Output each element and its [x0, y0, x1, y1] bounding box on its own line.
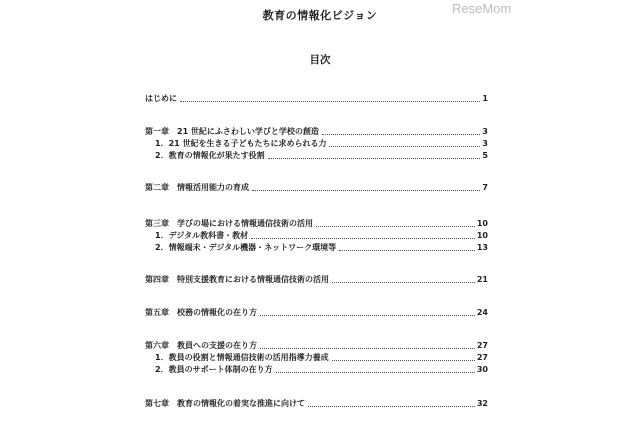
dot-leader — [316, 225, 475, 227]
toc-entry-chapter-6-section-2: 2．教員のサポート体制の在り方 30 — [155, 363, 488, 375]
toc-entry-chapter-1-section-1: 1．21 世紀を生きる子どもたちに求められる力 3 — [155, 137, 488, 149]
toc-entry-chapter-1-section-2: 2．教育の情報化が果たす役割 5 — [155, 149, 488, 161]
toc-entry-label: 第五章 校務の情報化の在り方 — [145, 308, 257, 318]
dot-leader — [332, 281, 475, 283]
toc-entry-introduction: はじめに 1 — [145, 92, 488, 104]
dot-leader — [180, 100, 480, 102]
toc-entry-label: 第四章 特別支援教育における情報通信技術の活用 — [145, 275, 329, 285]
dot-leader — [252, 189, 480, 191]
toc-entry-page: 24 — [477, 308, 488, 318]
dot-leader — [276, 371, 475, 373]
toc-entry-label: 第六章 教員への支援の在り方 — [145, 341, 257, 351]
toc-entry-chapter-6-section-1: 1．教員の役割と情報通信技術の活用指導力養成 27 — [155, 351, 488, 363]
toc-entry-chapter-4: 第四章 特別支援教育における情報通信技術の活用 21 — [145, 273, 488, 285]
toc-entry-label: 1．21 世紀を生きる子どもたちに求められる力 — [155, 139, 326, 149]
toc-entry-page: 1 — [482, 94, 488, 104]
dot-leader — [308, 405, 475, 407]
toc-entry-page: 13 — [477, 243, 488, 253]
toc-entry-page: 3 — [482, 139, 488, 149]
dot-leader — [329, 145, 480, 147]
toc-entry-chapter-2: 第二章 情報活用能力の育成 7 — [145, 181, 488, 193]
toc-entry-chapter-6: 第六章 教員への支援の在り方 27 — [145, 339, 488, 351]
dot-leader — [322, 133, 481, 135]
dot-leader — [332, 359, 475, 361]
toc-entry-chapter-7: 第七章 教育の情報化の着実な推進に向けて 32 — [145, 397, 488, 409]
toc-entry-page: 27 — [477, 341, 488, 351]
dot-leader — [339, 249, 475, 251]
toc-entry-label: 2．情報端末・デジタル機器・ネットワーク環境等 — [155, 243, 336, 253]
toc-entry-page: 32 — [477, 399, 488, 409]
toc-entry-chapter-1: 第一章 21 世紀にふさわしい学びと学校の創造 3 — [145, 125, 488, 137]
dot-leader — [268, 157, 481, 159]
watermark-logo: ReseMom — [452, 1, 511, 16]
toc-entry-label: 1．教員の役割と情報通信技術の活用指導力養成 — [155, 353, 329, 363]
toc-entry-page: 5 — [482, 151, 488, 161]
toc-entry-page: 10 — [477, 231, 488, 241]
toc-entry-label: はじめに — [145, 94, 177, 104]
toc-entry-label: 2．教育の情報化が果たす役割 — [155, 151, 265, 161]
dot-leader — [260, 314, 475, 316]
toc-entry-label: 2．教員のサポート体制の在り方 — [155, 365, 273, 375]
dot-leader — [260, 347, 475, 349]
toc-entry-label: 第一章 21 世紀にふさわしい学びと学校の創造 — [145, 127, 319, 137]
toc-entry-chapter-3-section-2: 2．情報端末・デジタル機器・ネットワーク環境等 13 — [155, 241, 488, 253]
toc-entry-chapter-5: 第五章 校務の情報化の在り方 24 — [145, 306, 488, 318]
toc-entry-label: 1．デジタル教科書・教材 — [155, 231, 248, 241]
toc-entry-page: 21 — [477, 275, 488, 285]
dot-leader — [251, 237, 475, 239]
toc-entry-chapter-3-section-1: 1．デジタル教科書・教材 10 — [155, 229, 488, 241]
toc-entry-page: 10 — [477, 219, 488, 229]
document-title: 教育の情報化ビジョン — [0, 7, 640, 23]
toc-entry-label: 第二章 情報活用能力の育成 — [145, 183, 249, 193]
toc-entry-page: 27 — [477, 353, 488, 363]
toc-entry-page: 30 — [477, 365, 488, 375]
toc-entry-label: 第七章 教育の情報化の着実な推進に向けて — [145, 399, 305, 409]
toc-entry-chapter-3: 第三章 学びの場における情報通信技術の活用 10 — [145, 217, 488, 229]
toc-entry-label: 第三章 学びの場における情報通信技術の活用 — [145, 219, 313, 229]
toc-entry-page: 7 — [482, 183, 488, 193]
toc-heading: 目次 — [0, 52, 640, 67]
toc-entry-page: 3 — [482, 127, 488, 137]
